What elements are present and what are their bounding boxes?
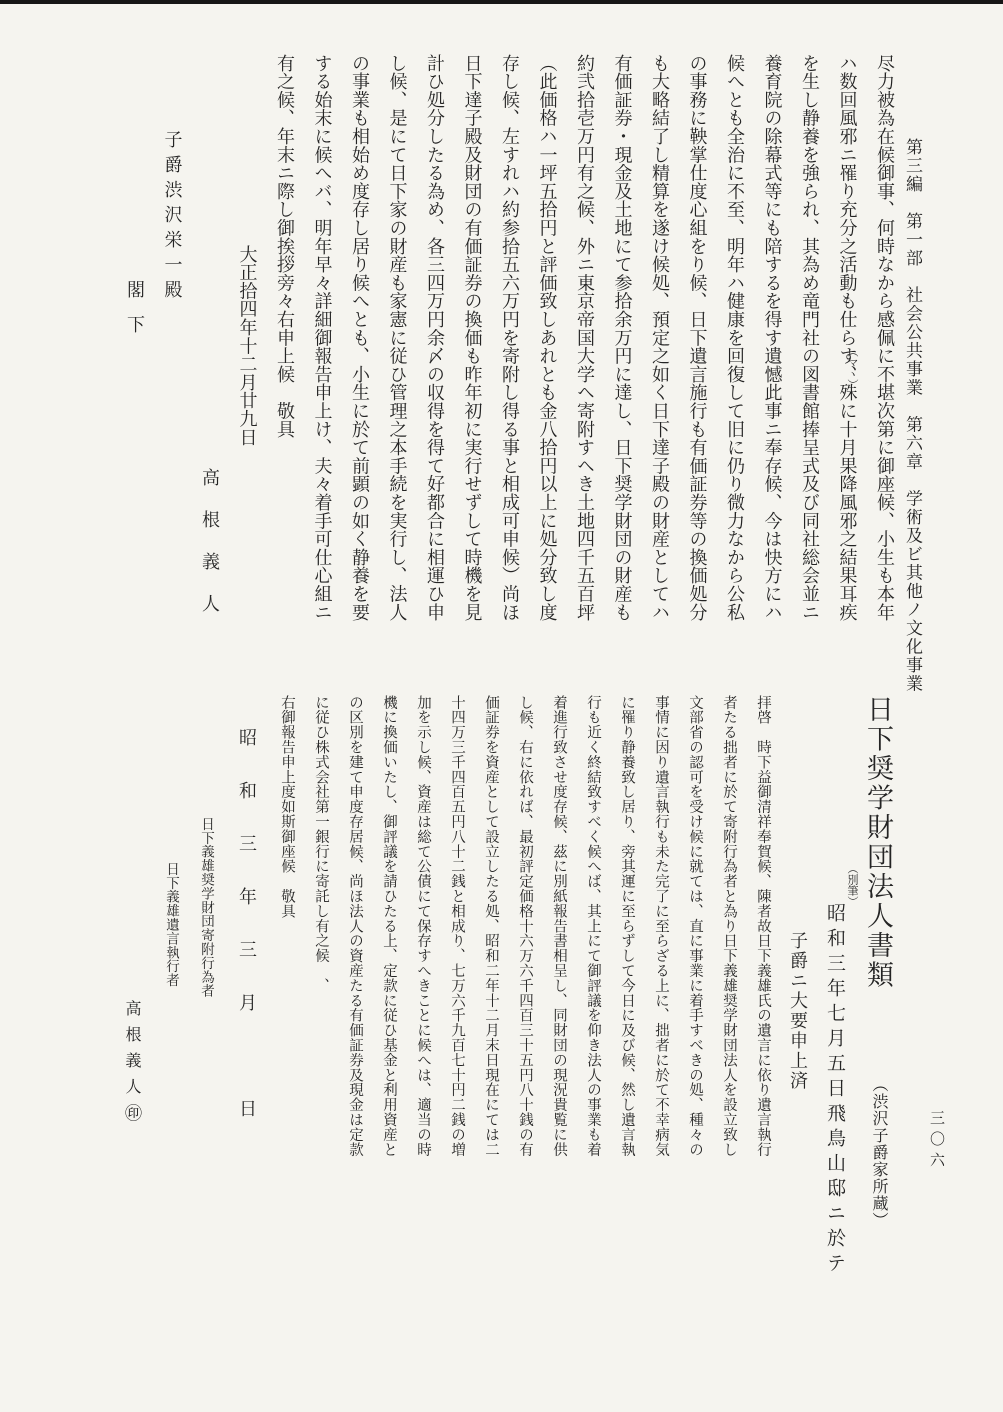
book-page: 第三編 第一部 社会公共事業 第六章 学術及ビ其他ノ文化事業 三〇六 尽力被為在… [0,0,1003,1412]
document-column: し候、右に依れば、最初評定価格十六万六千四百三十五円八十銭の有 [508,695,542,1323]
letter-column: し候、是にて日下家の財産も家憲に従ひ管理之本手続を実行し、法人 [378,54,416,656]
document-column: 者たる拙者に於て寄附行為者と為り日下義雄奨学財団法人を設立致し [712,695,746,1323]
top-letter: 尽力被為在候御事、何時なから感佩に不堪次第に御座候、小生も本年 ハ数回風邪ニ罹り… [116,54,904,656]
letter-sender: 高根義人 [191,54,229,656]
letter-column: 約弐拾壱万円有之候、外ニ東京帝国大学ヘ寄附すヘき土地四千五百坪 [566,54,604,656]
note-status: 子爵ニ大要申上済 [780,695,816,1323]
document-column: 着進行致させ度存候、茲に別紙報告書相呈し、同財団の現況貴覧に供 [542,695,576,1323]
document-column: に罹り静養致し居り、旁其運に至らずして今日に及び候、然し遺言執 [610,695,644,1323]
document-column: 拝啓 時下益御清祥奉賀候、陳者故日下義雄氏の遺言に依り遺言執行 [746,695,780,1323]
document-column: 十四万三千四百五円八十二銭と相成り、七万六千九百七十円二銭の増 [440,695,474,1323]
letter-column: する始末に候へバ、明年早々詳細御報告申上け、夫々着手可仕心組ニ [303,54,341,656]
letter-column: も大略結了し精算を遂け候処、預定之如く日下達子殿の財産としてハ [641,54,679,656]
signer-role-donor: 日下義雄奨学財団寄附行為者 [189,695,224,1323]
letter-column: を生し静養を強られ、其為め竜門社の図書館捧呈式及び同社総会並ニ [791,54,829,656]
signer-name: 高根義人 [123,1000,140,1104]
letter-column: の事務に鞅掌仕度心組をり候、日下遺言施行も有価証券等の換価処分 [678,54,716,656]
document-column: 右御報告申上度如斯御座候 敬具 [270,695,304,1323]
document-date: 昭和三年三月 日 [224,695,270,1323]
document-column: 機に換価いたし、御評議を請ひたる上、定款に従ひ基金と利用資産と [372,695,406,1323]
document-column: に従ひ株式会社第一銀行に寄託し有之候 、 [304,695,338,1323]
letter-column: 有之候、年末ニ際し御挨拶旁々右申上候 敬具 [266,54,304,656]
document-column: 文部省の認可を受け候に就ては、直に事業に着手すべきの処、種々の [678,695,712,1323]
document-title: 日下奨学財団法人書類 [863,695,893,990]
letter-column: 養育院の除幕式等にも陪するを得す遺憾此事ニ奉存候、今は快方にハ [753,54,791,656]
letter-column: 尽力被為在候御事、何時なから感佩に不堪次第に御座候、小生も本年 [866,54,904,656]
letter-column: 存し候、左すれハ約参拾五六万円を寄附し得る事と相成可申候）尚ほ [491,54,529,656]
letter-column: 有価証券・現金及土地にて参拾余万円に達し、日下奨学財団の財産も [603,54,641,656]
document-column: 価証券を資産として設立したる処、昭和二年十二月末日現在にては二 [474,695,508,1323]
side-note: （別筆） [845,863,858,907]
document-column: 加を示し候、資産は総て公債にて保存すへきことに候へは、適当の時 [406,695,440,1323]
letter-column: （此価格ハ一坪五拾円と評価致しあれとも金八拾円以上に処分致し度 [528,54,566,656]
bottom-document: 日下奨学財団法人書類（渋沢子爵家所蔵） （別筆）昭和三年七月五日飛鳥山邸ニ於テ … [108,695,903,1323]
document-column: 事情に因り遺言執行も未た完了に至らざる上に、拙者に於て不幸病気 [644,695,678,1323]
note-date: 昭和三年七月五日飛鳥山邸ニ於テ [824,903,845,1278]
letter-column: 日下達子殿及財団の有価証券の換価も昨年初に実行せずして時機を見 [453,54,491,656]
document-title-column: 日下奨学財団法人書類（渋沢子爵家所蔵） [853,695,903,1323]
signer-role-executor: 日下義雄遺言執行者 [154,695,189,1323]
seal-mark: ㊞ [122,1104,141,1131]
document-column: の区別を建て申度存居候、尚ほ法人の資産たる有価証券及現金は定款 [338,695,372,1323]
letter-column: 候へとも全治に不至、明年ハ健康を回復して旧に仍り微力なから公私 [716,54,754,656]
letter-column: 計ひ処分したる為め、各三四万円余〆の収得を得て好都合に相運ひ申 [416,54,454,656]
document-column: 行も近く終結致すべく候へば、其上にて御評議を仰き法人の事業も着 [576,695,610,1323]
signer-name-column: 高根義人㊞ [108,695,154,1323]
page-number: 三〇六 [926,1110,947,1173]
letter-honorific: 閣下 [116,54,154,656]
source-note: （渋沢子爵家所蔵） [870,1076,887,1229]
document-note-column: （別筆）昭和三年七月五日飛鳥山邸ニ於テ [816,695,853,1323]
scan-edge [0,0,1003,4]
letter-column: の事業も相始め度存し居り候へとも、小生に於て前顕の如く静養を要 [341,54,379,656]
letter-date: 大正拾四年十二月廿九日 [228,54,266,656]
margin-note: （マヽ） [845,346,859,390]
letter-recipient: 子爵渋沢栄一殿 [153,54,191,656]
chapter-header: 第三編 第一部 社会公共事業 第六章 学術及ビ其他ノ文化事業 [900,138,925,693]
